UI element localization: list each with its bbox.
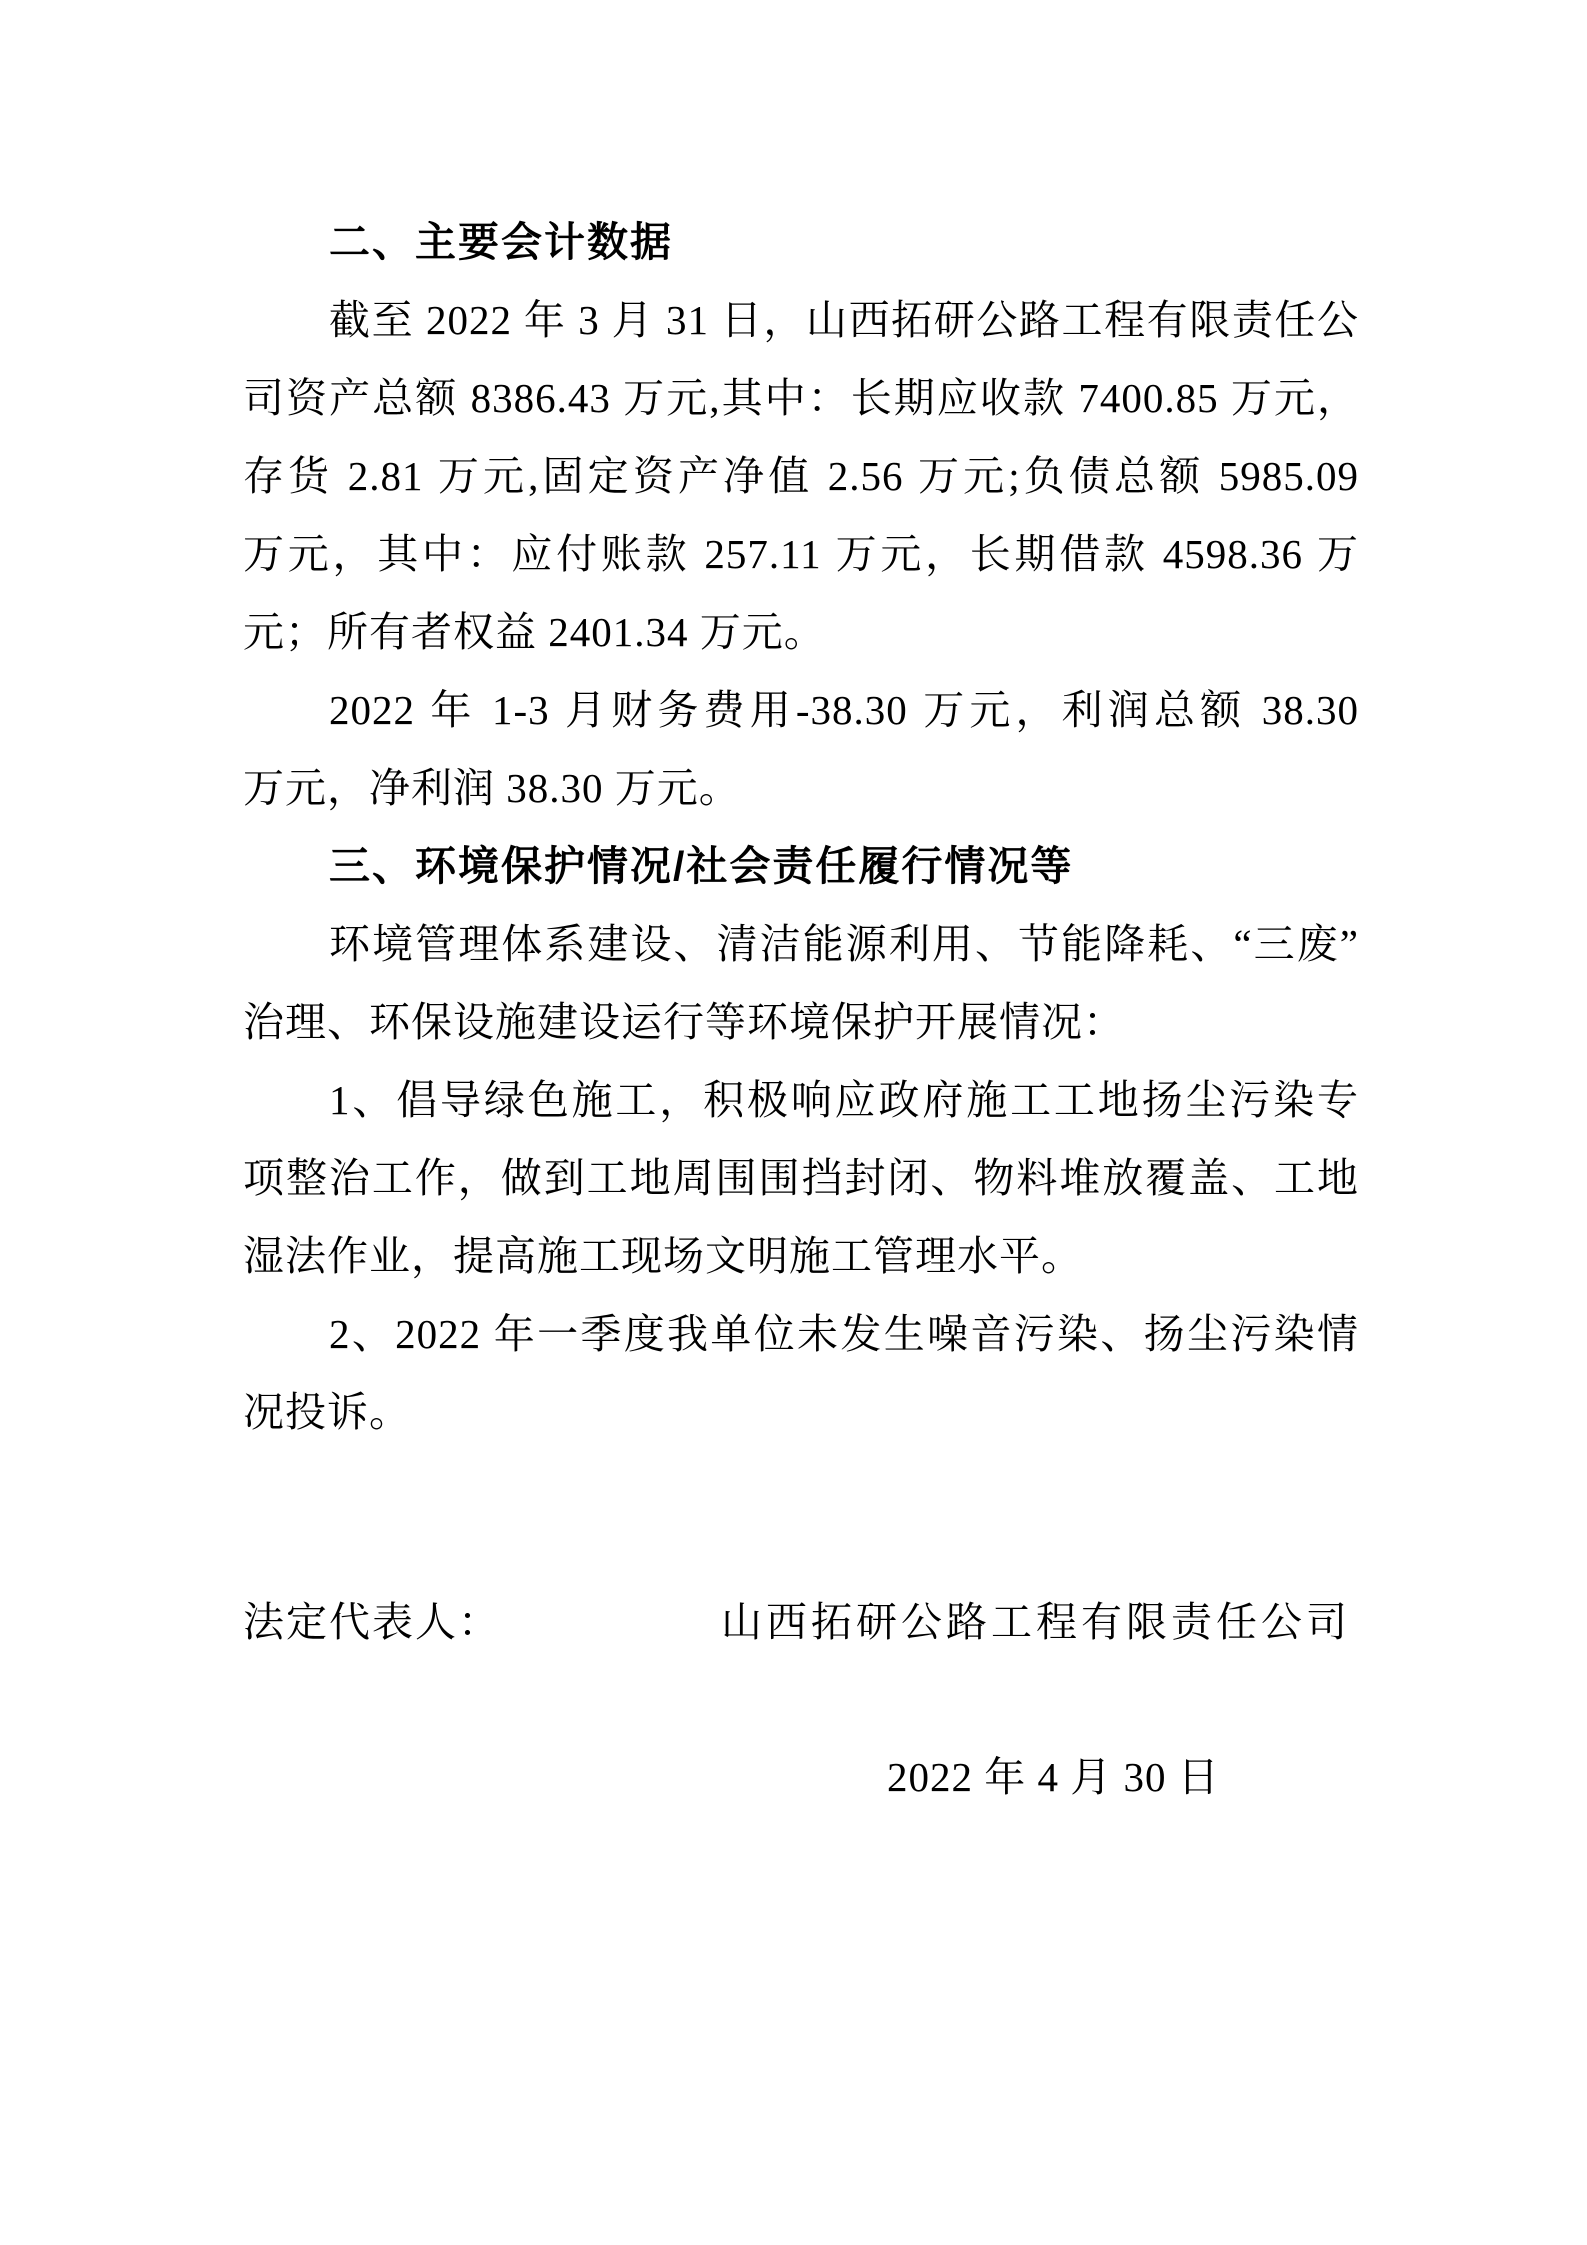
section-heading-environment: 三、环境保护情况/社会责任履行情况等 — [243, 827, 1359, 905]
document-body: 二、主要会计数据 截至 2022 年 3 月 31 日，山西拓研公路工程有限责任… — [243, 203, 1359, 1451]
paragraph-line: 项整治工作，做到工地周围围挡封闭、物料堆放覆盖、工地 — [243, 1139, 1359, 1217]
legal-representative-label: 法定代表人： — [243, 1583, 501, 1661]
paragraph-line: 万元，其中：应付账款 257.11 万元，长期借款 4598.36 万 — [243, 515, 1359, 593]
paragraph-line: 万元，净利润 38.30 万元。 — [243, 749, 1359, 827]
paragraph-line: 环境管理体系建设、清洁能源利用、节能降耗、“三废” — [243, 905, 1359, 983]
paragraph-line: 2022 年 1-3 月财务费用-38.30 万元，利润总额 38.30 — [243, 671, 1359, 749]
paragraph-line: 治理、环保设施建设运行等环境保护开展情况： — [243, 983, 1359, 1061]
paragraph-line: 元；所有者权益 2401.34 万元。 — [243, 593, 1359, 671]
company-name: 山西拓研公路工程有限责任公司 — [721, 1583, 1351, 1661]
paragraph-line: 存货 2.81 万元,固定资产净值 2.56 万元;负债总额 5985.09 — [243, 437, 1359, 515]
paragraph-line: 司资产总额 8386.43 万元,其中：长期应收款 7400.85 万元， — [243, 359, 1359, 437]
document-date: 2022 年 4 月 30 日 — [887, 1738, 1220, 1816]
paragraph-line: 截至 2022 年 3 月 31 日，山西拓研公路工程有限责任公 — [243, 281, 1359, 359]
paragraph-line: 湿法作业，提高施工现场文明施工管理水平。 — [243, 1217, 1359, 1295]
section-heading-accounting-data: 二、主要会计数据 — [243, 203, 1359, 281]
signature-row: 法定代表人： 山西拓研公路工程有限责任公司 — [243, 1583, 1359, 1661]
document-page: 二、主要会计数据 截至 2022 年 3 月 31 日，山西拓研公路工程有限责任… — [0, 0, 1587, 2245]
paragraph-line: 1、倡导绿色施工，积极响应政府施工工地扬尘污染专 — [243, 1061, 1359, 1139]
paragraph-line: 2、2022 年一季度我单位未发生噪音污染、扬尘污染情 — [243, 1295, 1359, 1373]
paragraph-line: 况投诉。 — [243, 1373, 1359, 1451]
